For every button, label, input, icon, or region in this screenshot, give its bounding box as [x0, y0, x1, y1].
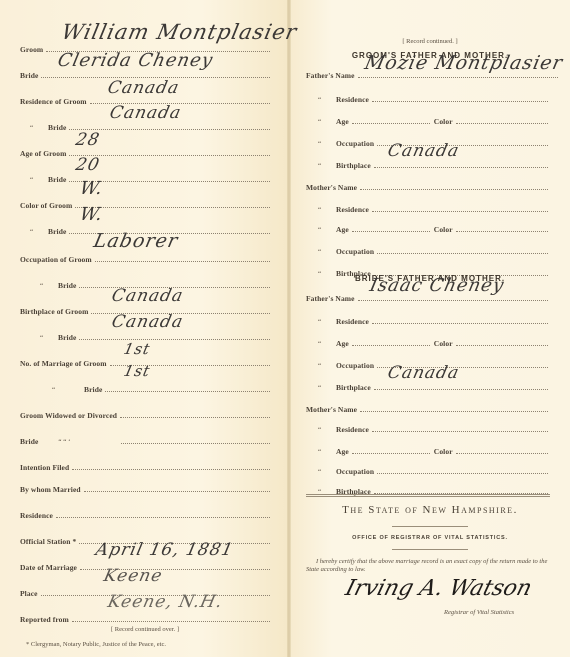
- ditto-mark: “: [30, 124, 48, 132]
- record-continued-header: [ Record continued. ]: [300, 38, 560, 45]
- field-label: Age of Groom: [20, 149, 66, 158]
- handwritten-residence-bride: Canada: [108, 103, 184, 123]
- field-label: Father's Name: [306, 71, 355, 80]
- ditto-mark: “: [40, 282, 58, 290]
- field-age-groom: Age of Groom: [20, 140, 270, 158]
- rule: [392, 526, 468, 527]
- bride-mother-name-field: Mother's Name: [306, 396, 548, 414]
- handwritten-marriage-no-bride: 1st: [122, 362, 152, 380]
- field-label: Reported from: [20, 615, 69, 624]
- ditto-marks: “ “ ‘: [38, 438, 118, 446]
- bride-mother-residence-field: “ Residence: [318, 416, 548, 434]
- field-label: Birthplace of Groom: [20, 307, 88, 316]
- field-label: Bride: [84, 385, 102, 394]
- field-label: Official Station *: [20, 537, 76, 546]
- field-by-whom-married: By whom Married: [20, 476, 270, 494]
- ditto-mark: “: [40, 334, 58, 342]
- field-label: No. of Marriage of Groom: [20, 359, 107, 368]
- field-bride-widowed: Bride “ “ ‘: [20, 428, 270, 446]
- field-marriage-no-bride: “ Bride: [52, 376, 270, 394]
- record-continued-note: [ Record continued over. ]: [20, 626, 270, 633]
- groom-mother-residence-field: “ Residence: [318, 196, 548, 214]
- field-label: Bride: [48, 123, 66, 132]
- handwritten-color-groom: W.: [78, 178, 106, 199]
- bride-mother-occupation-field: “ Occupation: [318, 458, 548, 476]
- field-label: Residence: [20, 511, 53, 520]
- groom-father-residence-field: “ Residence: [318, 86, 548, 104]
- handwritten-bride-father-birthplace: Canada: [386, 363, 462, 383]
- field-label: Color: [434, 447, 453, 456]
- ditto-mark: “: [318, 318, 336, 326]
- field-label: Father's Name: [306, 294, 355, 303]
- field-label: Bride: [48, 227, 66, 236]
- field-label: Color: [434, 339, 453, 348]
- handwritten-groom-name: William Montplasier: [59, 20, 299, 44]
- field-label: Intention Filed: [20, 463, 69, 472]
- field-label: Color of Groom: [20, 201, 72, 210]
- handwritten-place: Keene: [102, 566, 165, 586]
- handwritten-date-of-marriage: April 16, 1881: [94, 540, 236, 560]
- ditto-mark: “: [52, 386, 84, 394]
- handwritten-age-groom: 28: [74, 130, 102, 150]
- registrar-signature: Irving A. Watson: [343, 576, 535, 601]
- field-label: Residence: [336, 95, 369, 104]
- handwritten-bride-name: Clerida Cheney: [56, 50, 215, 71]
- field-label: Bride: [48, 175, 66, 184]
- field-label: Age: [336, 447, 349, 456]
- handwritten-groom-father-birthplace: Canada: [386, 141, 462, 161]
- field-label: Mother's Name: [306, 183, 357, 192]
- section-divider: [306, 494, 550, 497]
- field-label: Groom: [20, 45, 43, 54]
- rule: [392, 549, 468, 550]
- ditto-mark: “: [318, 448, 336, 456]
- ditto-mark: “: [318, 248, 336, 256]
- groom-mother-age-color-field: “ Age Color: [318, 216, 548, 234]
- ditto-mark: “: [318, 340, 336, 348]
- ditto-mark: “: [318, 362, 336, 370]
- groom-mother-occupation-field: “ Occupation: [318, 238, 548, 256]
- bride-mother-age-color-field: “ Age Color: [318, 438, 548, 456]
- ditto-mark: “: [318, 384, 336, 392]
- field-label: Age: [336, 339, 349, 348]
- field-label: Groom Widowed or Divorced: [20, 411, 117, 420]
- field-label: Age: [336, 117, 349, 126]
- state-title: The State of New Hampshire.: [300, 504, 560, 516]
- handwritten-occupation-groom: Laborer: [92, 230, 181, 252]
- groom-mother-name-field: Mother's Name: [306, 174, 548, 192]
- field-label: Birthplace: [336, 161, 371, 170]
- ditto-mark: “: [318, 206, 336, 214]
- ditto-mark: “: [318, 140, 336, 148]
- field-label: Date of Marriage: [20, 563, 77, 572]
- field-label: By whom Married: [20, 485, 81, 494]
- ditto-mark: “: [318, 118, 336, 126]
- ditto-mark: “: [318, 468, 336, 476]
- bride-father-residence-field: “ Residence: [318, 308, 548, 326]
- field-label: Residence of Groom: [20, 97, 87, 106]
- ditto-mark: “: [318, 162, 336, 170]
- field-label: Occupation of Groom: [20, 255, 92, 264]
- field-label: Bride: [58, 281, 76, 290]
- page-fold: [287, 0, 291, 657]
- field-label: Occupation: [336, 467, 374, 476]
- signature-title: Registrar of Vital Statistics: [444, 609, 514, 617]
- field-intention-filed: Intention Filed: [20, 454, 270, 472]
- field-label: Bride: [20, 437, 38, 446]
- field-label: Birthplace: [336, 383, 371, 392]
- field-label: Place: [20, 589, 38, 598]
- handwritten-birthplace-bride: Canada: [110, 312, 186, 332]
- field-age-bride: “ Bride: [30, 166, 270, 184]
- handwritten-birthplace-groom: Canada: [110, 286, 186, 306]
- handwritten-age-bride: 20: [74, 155, 102, 175]
- field-label: Residence: [336, 425, 369, 434]
- field-label: Bride: [20, 71, 38, 80]
- field-label: Occupation: [336, 139, 374, 148]
- field-label: Residence: [336, 205, 369, 214]
- handwritten-reported-from: Keene, N.H.: [106, 592, 225, 612]
- bride-father-age-color-field: “ Age Color: [318, 330, 548, 348]
- handwritten-residence-groom: Canada: [106, 78, 182, 98]
- ditto-mark: “: [318, 96, 336, 104]
- footnote: * Clergyman, Notary Public, Justice of t…: [26, 641, 166, 648]
- handwritten-groom-father-name: Mozie Montplasier: [363, 52, 565, 74]
- ditto-mark: “: [30, 228, 48, 236]
- field-color-groom: Color of Groom: [20, 192, 270, 210]
- office-title: OFFICE OF REGISTRAR OF VITAL STATISTICS.: [300, 535, 560, 541]
- handwritten-color-bride: W.: [78, 204, 106, 225]
- field-label: Bride: [58, 333, 76, 342]
- field-label: Color: [434, 225, 453, 234]
- field-label: Residence: [336, 317, 369, 326]
- ditto-mark: “: [318, 426, 336, 434]
- field-label: Occupation: [336, 247, 374, 256]
- field-groom-widowed: Groom Widowed or Divorced: [20, 402, 270, 420]
- handwritten-marriage-no-groom: 1st: [122, 340, 152, 358]
- field-label: Age: [336, 225, 349, 234]
- handwritten-bride-father-name: Isaac Cheney: [368, 275, 507, 296]
- certification-text: I hereby certify that the above marriage…: [306, 558, 552, 574]
- field-label: Mother's Name: [306, 405, 357, 414]
- field-label: Occupation: [336, 361, 374, 370]
- field-label: Color: [434, 117, 453, 126]
- field-officiant-residence: Residence: [20, 502, 270, 520]
- ditto-mark: “: [30, 176, 48, 184]
- ditto-mark: “: [318, 226, 336, 234]
- groom-father-age-color-field: “ Age Color: [318, 108, 548, 126]
